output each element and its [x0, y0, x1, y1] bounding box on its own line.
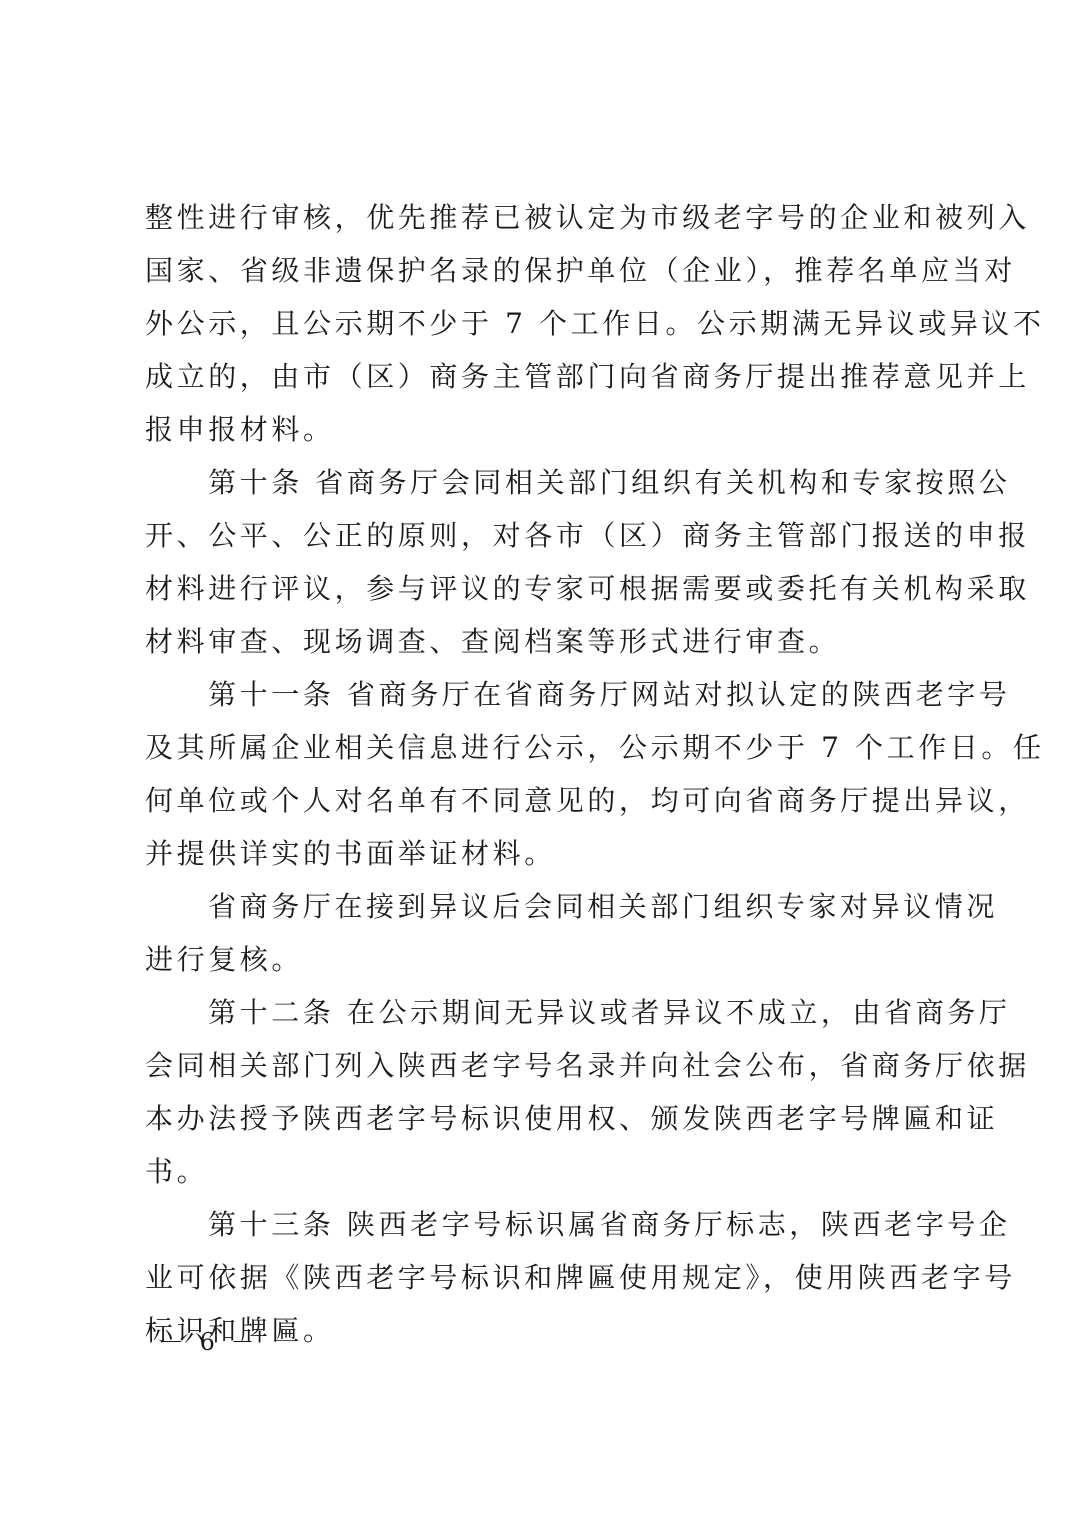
document-page: 整性进行审核，优先推荐已被认定为市级老字号的企业和被列入 国家、省级非遗保护名录…	[0, 0, 1074, 1520]
paragraph-article-12: 第十二条 在公示期间无异议或者异议不成立，由省商务厅 会同相关部门列入陕西老字号…	[145, 991, 945, 1203]
text-line: 整性进行审核，优先推荐已被认定为市级老字号的企业和被列入	[145, 196, 945, 249]
text-line: 业可依据《陕西老字号标识和牌匾使用规定》，使用陕西老字号	[145, 1256, 945, 1309]
text-line: 书。	[145, 1150, 945, 1203]
text-line: 第十三条 陕西老字号标识属省商务厅标志，陕西老字号企	[145, 1203, 945, 1256]
text-line: 报申报材料。	[145, 408, 945, 461]
paragraph-article-11: 第十一条 省商务厅在省商务厅网站对拟认定的陕西老字号 及其所属企业相关信息进行公…	[145, 673, 945, 885]
text-line: 及其所属企业相关信息进行公示，公示期不少于 7 个工作日。任	[145, 726, 945, 779]
text-line: 并提供详实的书面举证材料。	[145, 832, 945, 885]
document-body: 整性进行审核，优先推荐已被认定为市级老字号的企业和被列入 国家、省级非遗保护名录…	[145, 196, 945, 1362]
text-line: 成立的，由市（区）商务主管部门向省商务厅提出推荐意见并上	[145, 355, 945, 408]
text-line: 第十一条 省商务厅在省商务厅网站对拟认定的陕西老字号	[145, 673, 945, 726]
text-line: 进行复核。	[145, 938, 945, 991]
text-line: 本办法授予陕西老字号标识使用权、颁发陕西老字号牌匾和证	[145, 1097, 945, 1150]
text-line: 标识和牌匾。	[145, 1309, 945, 1362]
text-line: 第十条 省商务厅会同相关部门组织有关机构和专家按照公	[145, 461, 945, 514]
text-line: 何单位或个人对名单有不同意见的，均可向省商务厅提出异议，	[145, 779, 945, 832]
text-line: 第十二条 在公示期间无异议或者异议不成立，由省商务厅	[145, 991, 945, 1044]
page-number: － 6 －	[160, 1322, 259, 1357]
paragraph-continued: 整性进行审核，优先推荐已被认定为市级老字号的企业和被列入 国家、省级非遗保护名录…	[145, 196, 945, 461]
text-line: 会同相关部门列入陕西老字号名录并向社会公布，省商务厅依据	[145, 1044, 945, 1097]
paragraph-article-10: 第十条 省商务厅会同相关部门组织有关机构和专家按照公 开、公平、公正的原则，对各…	[145, 461, 945, 673]
paragraph-article-11-review: 省商务厅在接到异议后会同相关部门组织专家对异议情况 进行复核。	[145, 885, 945, 991]
text-line: 材料审查、现场调查、查阅档案等形式进行审查。	[145, 620, 945, 673]
text-line: 外公示，且公示期不少于 7 个工作日。公示期满无异议或异议不	[145, 302, 945, 355]
text-line: 国家、省级非遗保护名录的保护单位（企业），推荐名单应当对	[145, 249, 945, 302]
text-line: 开、公平、公正的原则，对各市（区）商务主管部门报送的申报	[145, 514, 945, 567]
paragraph-article-13: 第十三条 陕西老字号标识属省商务厅标志，陕西老字号企 业可依据《陕西老字号标识和…	[145, 1203, 945, 1362]
text-line: 省商务厅在接到异议后会同相关部门组织专家对异议情况	[145, 885, 945, 938]
text-line: 材料进行评议，参与评议的专家可根据需要或委托有关机构采取	[145, 567, 945, 620]
